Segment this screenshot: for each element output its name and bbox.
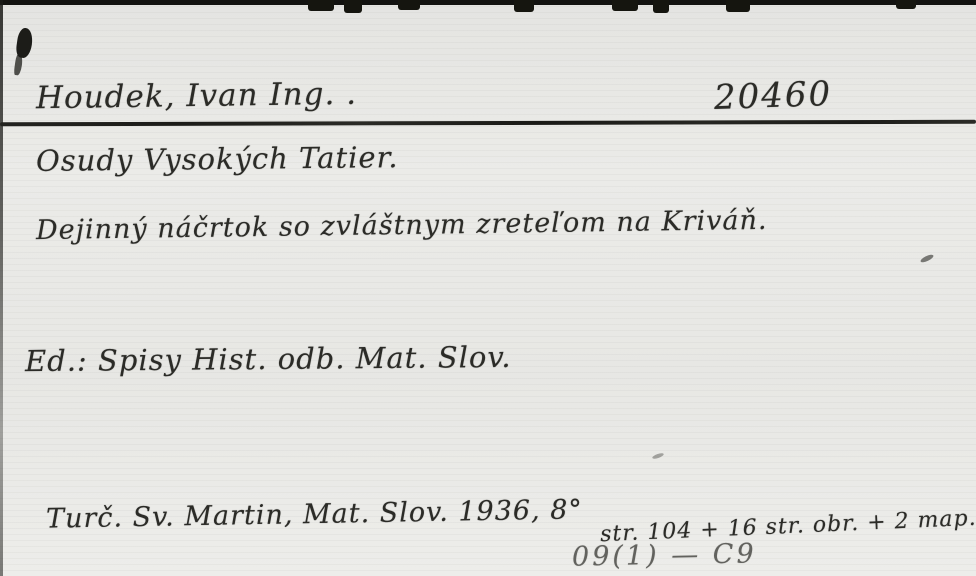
scan-border-blob	[653, 0, 669, 13]
scan-border-blob	[308, 0, 334, 11]
scan-border-blob	[344, 0, 362, 13]
imprint-line: Turč. Sv. Martin, Mat. Slov. 1936, 8°	[46, 494, 583, 534]
scan-border-top	[0, 0, 976, 5]
paper-speck	[920, 253, 935, 263]
book-title: Osudy Vysokých Tatier.	[36, 140, 399, 178]
edition-note: Ed.: Spisy Hist. odb. Mat. Slov.	[25, 340, 512, 378]
heading-rule	[0, 120, 976, 127]
author-heading: Houdek, Ivan Ing. .	[36, 76, 358, 116]
catalog-number: 20460	[713, 74, 832, 118]
book-subtitle: Dejinný náčrtok so zvláštnym zreteľom na…	[36, 205, 768, 246]
paper-speck	[652, 452, 665, 460]
scan-border-blob	[896, 0, 916, 9]
scan-border-left	[0, 0, 3, 576]
scan-border-blob	[726, 0, 750, 12]
scan-border-blob	[398, 0, 420, 10]
scan-border-blob	[612, 0, 638, 11]
scan-border-blob	[514, 0, 534, 12]
ink-blot	[15, 27, 34, 59]
catalog-card: Houdek, Ivan Ing. . 20460 Osudy Vysokých…	[0, 0, 976, 576]
pencil-classmark: 09(1) — C9	[572, 538, 757, 572]
